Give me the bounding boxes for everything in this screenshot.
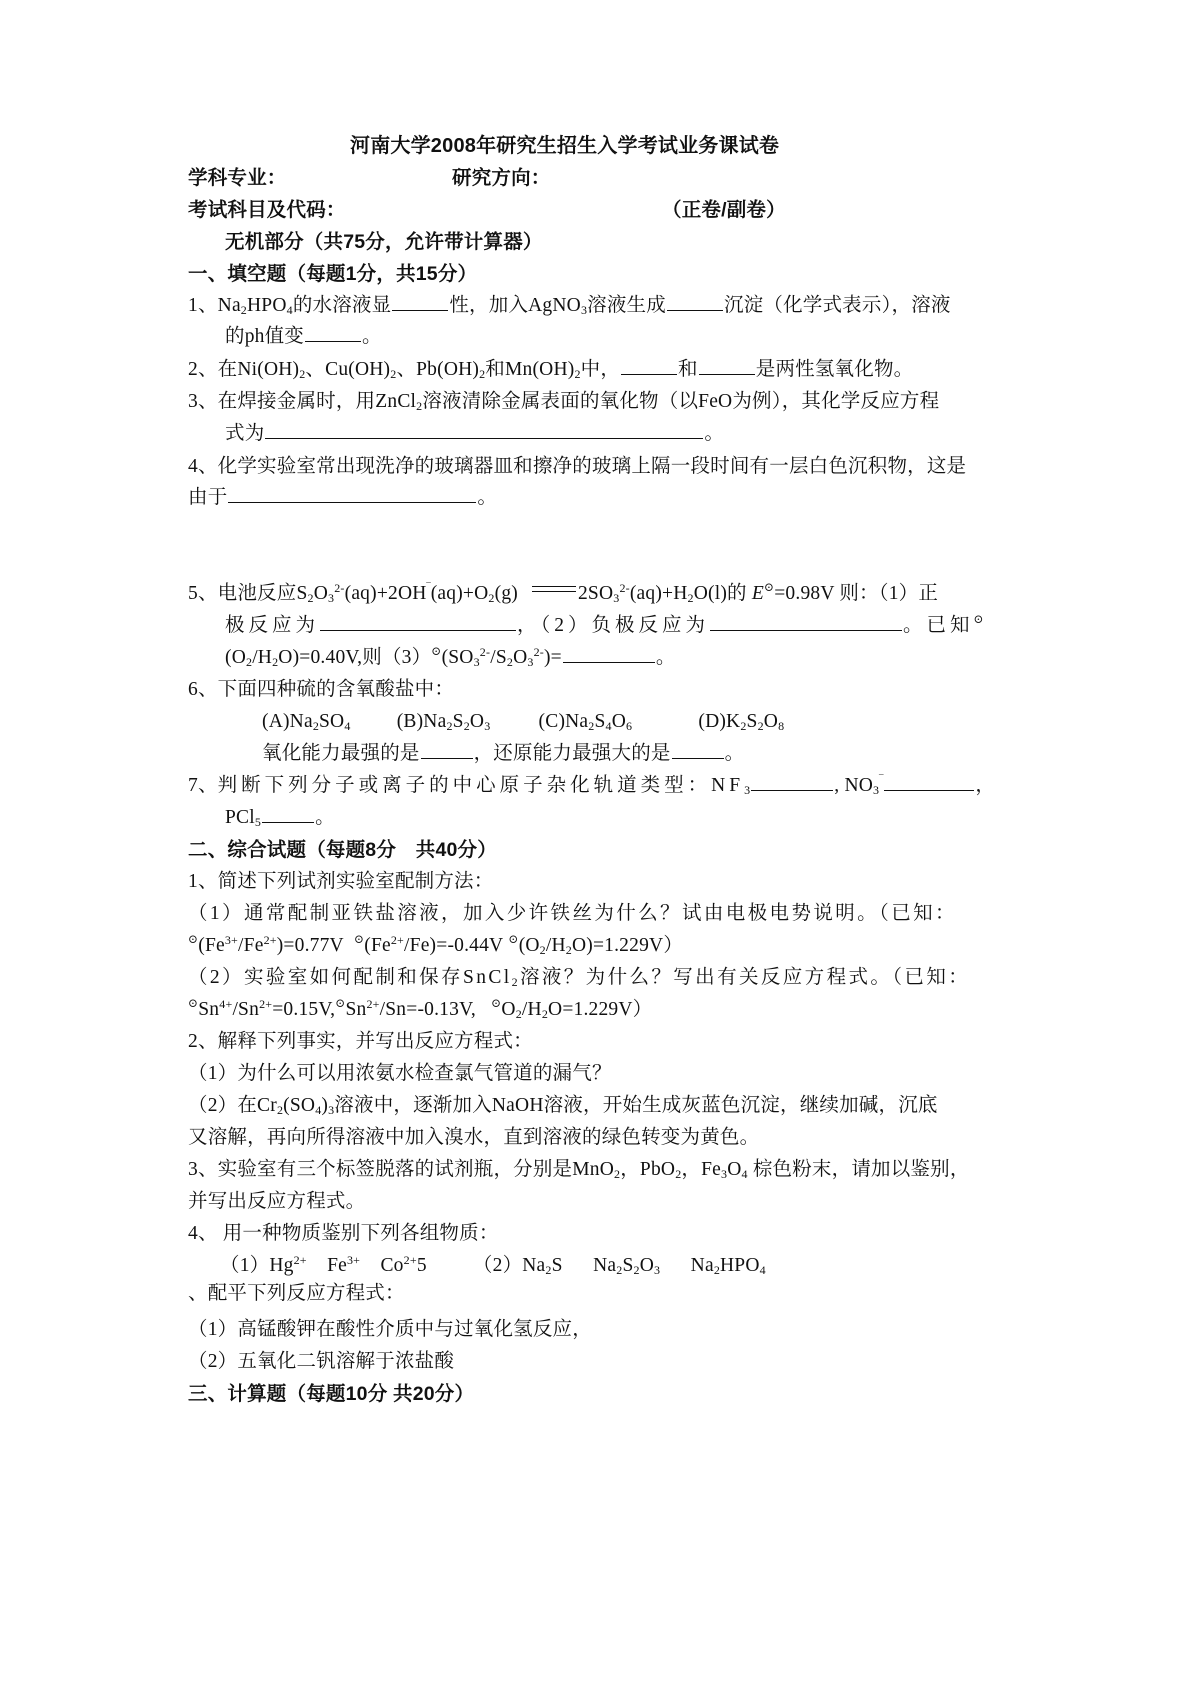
paper-type: （正卷/副卷） <box>662 196 786 224</box>
question-2-1-part1-data: ⊙(Fe3+/Fe2+)=0.77V ⊙(Fe2+/Fe)=-0.44V ⊙(O… <box>188 932 683 960</box>
answer-blank[interactable] <box>667 292 723 311</box>
standard-state-icon: ⊙ <box>974 612 984 626</box>
question-2-4: 4、 用一种物质鉴别下列各组物质： <box>188 1220 499 1248</box>
research-direction-label: 研究方向： <box>452 164 551 192</box>
question-1-3: 3、在焊接金属时，用ZnCl2溶液清除金属表面的氧化物（以FeO为例），其化学反… <box>188 388 939 416</box>
answer-blank[interactable] <box>710 612 902 631</box>
question-1-3-cont: 式为。 <box>225 420 724 448</box>
answer-blank[interactable] <box>672 740 724 759</box>
question-2-1-part1: （1）通常配制亚铁盐溶液，加入少许铁丝为什么？试由电极电势说明。（已知： <box>188 900 957 928</box>
part-heading: 无机部分（共75分，允许带计算器） <box>225 228 543 256</box>
question-2-1: 1、简述下列试剂实验室配制方法： <box>188 868 493 896</box>
question-1-7-cont: PCl5。 <box>225 804 335 832</box>
question-2-4-groups: （1）Hg2+ Fe3+ Co2+5 （2）Na2S Na2S2O3 Na2HP… <box>220 1252 766 1280</box>
answer-blank[interactable] <box>751 772 833 791</box>
question-1-1-cont: 的ph值变。 <box>225 323 382 351</box>
question-2-5: 、配平下列反应方程式： <box>188 1280 405 1308</box>
field-major-label: 学科专业： <box>188 164 287 192</box>
question-1-4: 4、化学实验室常出现洗净的玻璃器皿和擦净的玻璃上隔一段时间有一层白色沉积物，这是 <box>188 453 966 481</box>
subject-code-label: 考试科目及代码： <box>188 196 346 224</box>
standard-state-icon: ⊙ <box>431 644 441 658</box>
exam-page: 河南大学2008年研究生招生入学考试业务课试卷 学科专业： 研究方向： 考试科目… <box>0 0 1190 1683</box>
question-2-3: 3、实验室有三个标签脱落的试剂瓶，分别是MnO2，PbO2，Fe3O4 棕色粉末… <box>188 1156 970 1184</box>
question-1-6-cont: 氧化能力最强的是，还原能力最强大的是。 <box>262 740 744 768</box>
answer-blank[interactable] <box>699 356 755 375</box>
section-2-heading: 二、综合试题（每题8分 共40分） <box>188 836 497 864</box>
answer-blank[interactable] <box>392 292 448 311</box>
section-1-heading: 一、填空题（每题1分，共15分） <box>188 260 477 288</box>
answer-blank[interactable] <box>884 772 974 791</box>
exam-title: 河南大学2008年研究生招生入学考试业务课试卷 <box>350 132 779 160</box>
question-1-7: 7、判断下列分子或离子的中心原子杂化轨道类型：NF3, NO3‾， <box>188 772 995 800</box>
answer-blank[interactable] <box>421 740 473 759</box>
question-1-1: 1、Na2HPO4的水溶液显性，加入AgNO3溶液生成沉淀（化学式表示），溶液 <box>188 292 951 320</box>
question-2-2-part1: （1）为什么可以用浓氨水检查氯气管道的漏气？ <box>188 1060 612 1088</box>
question-2-2: 2、解释下列事实，并写出反应方程式： <box>188 1028 533 1056</box>
equilibrium-arrow-icon <box>532 583 576 597</box>
question-1-5-cont: 极反应为，（2）负极反应为。已知⊙ <box>225 612 984 640</box>
option-c: (C)Na2S4O6 <box>539 711 633 732</box>
question-2-1-part2-data: ⊙Sn4+/Sn2+=0.15V,⊙Sn2+/Sn=-0.13V, ⊙O2/H2… <box>188 996 652 1024</box>
option-d: (D)K2S2O8 <box>698 711 784 732</box>
question-2-1-part2: （2）实验室如何配制和保存SnCl2溶液？为什么？写出有关反应方程式。（已知： <box>188 964 970 992</box>
answer-blank[interactable] <box>262 804 314 823</box>
question-1-6-options: (A)Na2SO4 (B)Na2S2O3 (C)Na2S4O6 (D)K2S2O… <box>262 708 784 736</box>
answer-blank[interactable] <box>320 612 516 631</box>
section-3-heading: 三、计算题（每题10分 共20分） <box>188 1380 474 1408</box>
answer-blank[interactable] <box>228 484 476 503</box>
standard-state-icon: ⊙ <box>764 580 774 594</box>
question-1-6: 6、下面四种硫的含氧酸盐中： <box>188 676 454 704</box>
question-2-2-part2: （2）在Cr2(SO4)3溶液中，逐渐加入NaOH溶液，开始生成灰蓝色沉淀，继续… <box>188 1092 938 1120</box>
question-1-5: 5、电池反应S2O32-(aq)+2OH‾(aq)+O2(g)2SO32-(aq… <box>188 580 938 608</box>
question-2-2-part2-cont: 又溶解，再向所得溶液中加入溴水，直到溶液的绿色转变为黄色。 <box>188 1124 759 1152</box>
question-1-2: 2、在Ni(OH)2、Cu(OH)2、Pb(OH)2和Mn(OH)2中，和是两性… <box>188 356 913 384</box>
question-2-5-part1: （1）高锰酸钾在酸性介质中与过氧化氢反应， <box>188 1316 592 1344</box>
question-1-5-cont2: (O2/H2O)=0.40V,则（3）⊙(SO32-/S2O32-)=。 <box>225 644 676 672</box>
question-1-4-cont: 由于。 <box>188 484 497 512</box>
question-2-3-cont: 并写出反应方程式。 <box>188 1188 365 1216</box>
answer-blank[interactable] <box>563 644 655 663</box>
option-b: (B)Na2S2O3 <box>397 711 491 732</box>
answer-blank[interactable] <box>265 420 703 439</box>
answer-blank[interactable] <box>621 356 677 375</box>
answer-blank[interactable] <box>305 323 361 342</box>
option-a: (A)Na2SO4 <box>262 711 351 732</box>
question-2-5-part2: （2）五氧化二钒溶解于浓盐酸 <box>188 1348 454 1376</box>
